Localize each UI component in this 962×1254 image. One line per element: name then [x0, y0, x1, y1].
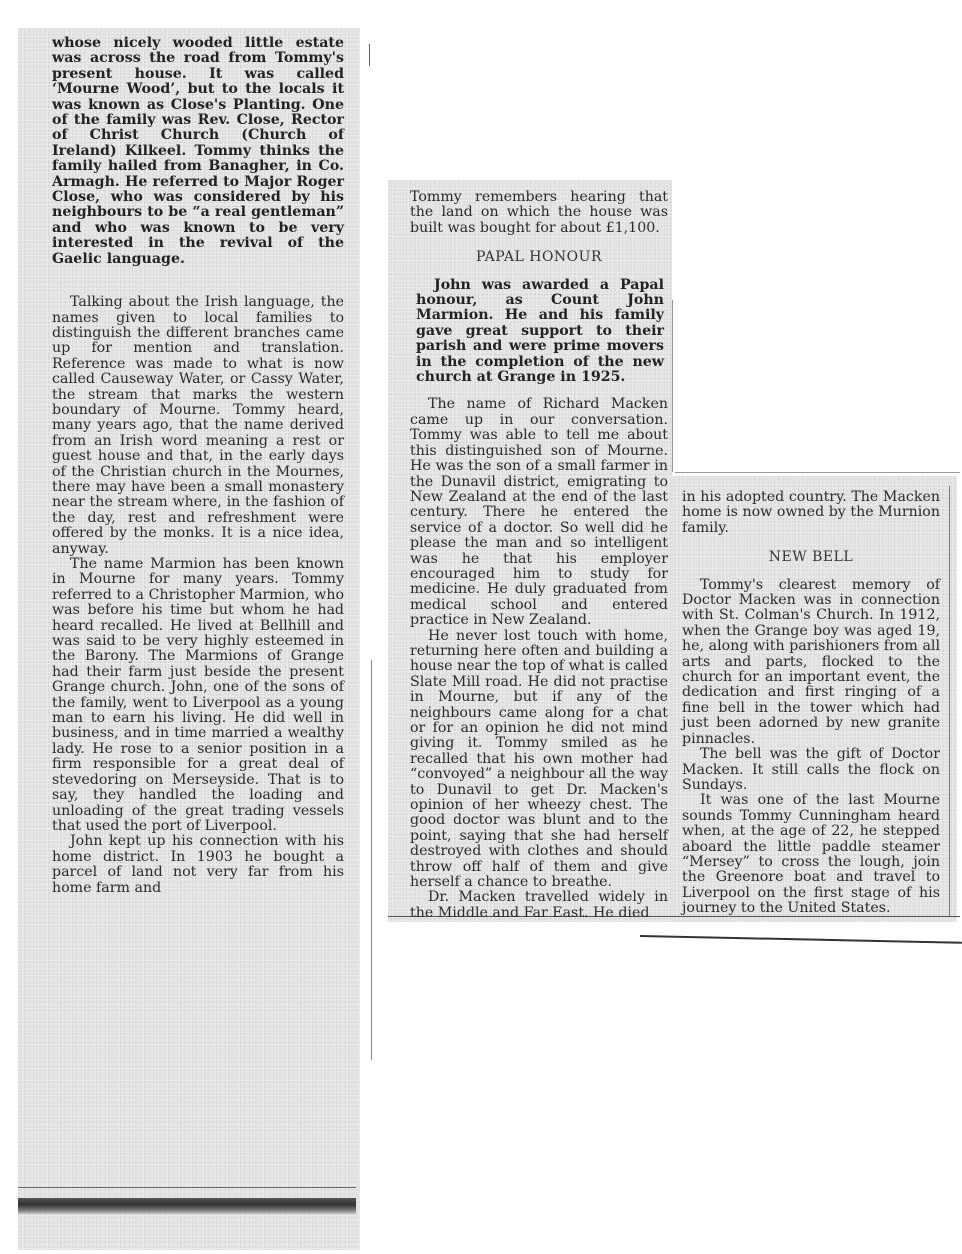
paragraph: The name of Richard Macken came up in ou… [410, 397, 668, 628]
paragraph: He never lost touch with home, returning… [410, 629, 668, 891]
paragraph: The bell was the gift of Doctor Macken. … [682, 747, 940, 793]
box-rule [675, 472, 960, 473]
paragraph: It was one of the last Mourne sounds Tom… [682, 793, 940, 916]
paragraph: John kept up his connection with his hom… [52, 834, 344, 896]
paragraph: Dr. Macken travelled widely in the Middl… [410, 890, 668, 921]
article-column-3: in his adopted country. The Macken home … [682, 490, 940, 917]
highlight-paragraph: John was awarded a Papal honour, as Coun… [410, 278, 668, 386]
paragraph: whose nicely wooded little estate was ac… [52, 36, 344, 267]
paragraph: Talking about the Irish language, the na… [52, 295, 344, 557]
paragraph: The name Marmion has been known in Mourn… [52, 557, 344, 834]
subheading: PAPAL HONOUR [410, 250, 668, 265]
paragraph: in his adopted country. The Macken home … [682, 490, 940, 536]
subheading: NEW BELL [682, 550, 940, 565]
column-rule [369, 44, 370, 66]
article-column-1: whose nicely wooded little estate was ac… [52, 36, 344, 896]
article-column-2: Tommy remembers hearing that the land on… [410, 190, 668, 921]
column-rule [949, 486, 950, 916]
bottom-rule [640, 935, 962, 944]
bottom-rule [18, 1187, 356, 1188]
paragraph: Tommy's clearest memory of Doctor Macken… [682, 578, 940, 747]
column-rule [371, 660, 372, 1060]
box-rule [672, 300, 673, 472]
thick-bottom-rule [18, 1198, 356, 1214]
paragraph: Tommy remembers hearing that the land on… [410, 190, 668, 236]
